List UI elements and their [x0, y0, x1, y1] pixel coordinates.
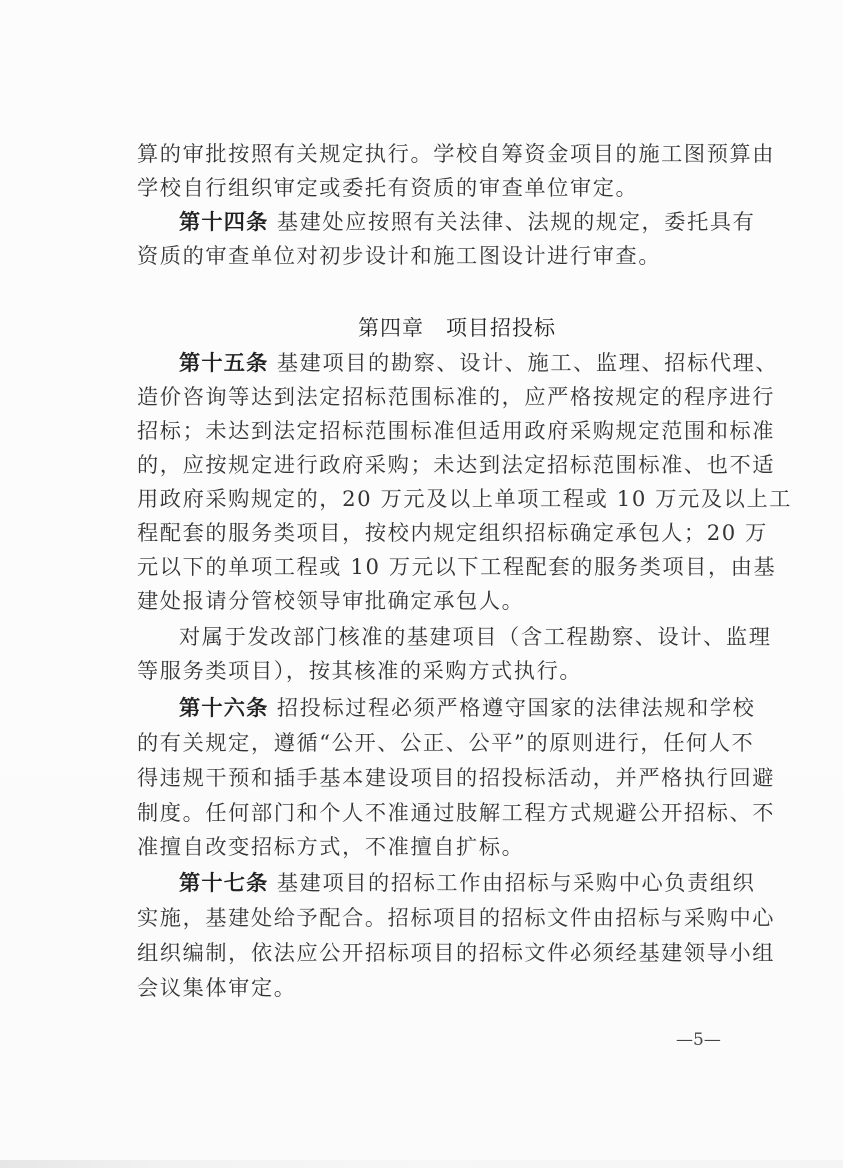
text-line: 用政府采购规定的，20 万元及以上单项工程或 10 万元及以上工 [137, 482, 792, 516]
article-number: 第十五条 [179, 350, 269, 375]
line-text: 会议集体审定。 [137, 975, 297, 1000]
text-line: 组织编制，依法应公开招标项目的招标文件必须经基建领导小组 [137, 936, 775, 970]
text-line: 制度。任何部门和个人不准通过肢解工程方式规避公开招标、不 [137, 796, 775, 830]
article-15-line: 第十五条 基建项目的勘察、设计、施工、监理、招标代理、 [179, 346, 778, 380]
line-text: 用政府采购规定的，20 万元及以上单项工程或 10 万元及以上工 [137, 486, 792, 511]
text-line: 造价咨询等达到法定招标范围标准的，应严格按规定的程序进行 [137, 380, 775, 414]
line-text: 的有关规定，遵循“公开、公正、公平”的原则进行，任何人不 [137, 730, 754, 755]
line-text: 等服务类项目），按其核准的采购方式执行。 [137, 658, 582, 683]
line-text: 对属于发改部门核准的基建项目（含工程勘察、设计、监理 [179, 624, 771, 649]
chapter-heading: 第四章项目招投标 [137, 312, 777, 346]
article-17-line: 第十七条 基建项目的招标工作由招标与采购中心负责组织 [179, 866, 755, 900]
line-text: 招标；未达到法定招标范围标准但适用政府采购规定范围和标准 [137, 418, 775, 443]
chapter-title: 项目招投标 [446, 316, 556, 340]
text-line: 资质的审查单位对初步设计和施工图设计进行审查。 [137, 239, 661, 273]
line-text: 学校自行组织审定或委托有资质的审查单位审定。 [137, 175, 638, 200]
line-text: 的，应按规定进行政府采购；未达到法定招标范围标准、也不适 [137, 452, 775, 477]
article-number: 第十六条 [179, 695, 269, 720]
text-line: 的，应按规定进行政府采购；未达到法定招标范围标准、也不适 [137, 448, 775, 482]
article-16-line: 第十六条 招投标过程必须严格遵守国家的法律法规和学校 [179, 691, 755, 725]
line-text: 建处报请分管校领导审批确定承包人。 [137, 588, 524, 613]
line-text: 基建项目的招标工作由招标与采购中心负责组织 [269, 870, 756, 895]
line-text: 程配套的服务类项目，按校内规定组织招标确定承包人；20 万 [137, 520, 768, 545]
text-line: 程配套的服务类项目，按校内规定组织招标确定承包人；20 万 [137, 516, 768, 550]
text-line: 招标；未达到法定招标范围标准但适用政府采购规定范围和标准 [137, 414, 775, 448]
page-number: —5— [676, 1030, 721, 1050]
line-text: 造价咨询等达到法定招标范围标准的，应严格按规定的程序进行 [137, 384, 775, 409]
line-text: 资质的审查单位对初步设计和施工图设计进行审查。 [137, 243, 661, 268]
chapter-number: 第四章 [358, 316, 424, 340]
line-text: 基建处应按照有关法律、法规的规定，委托具有 [269, 209, 756, 234]
line-text: 基建项目的勘察、设计、施工、监理、招标代理、 [269, 350, 779, 375]
document-page: 算的审批按照有关规定执行。学校自筹资金项目的施工图预算由 学校自行组织审定或委托… [0, 0, 843, 1168]
line-text: 准擅自改变招标方式，不准擅自扩标。 [137, 834, 524, 859]
text-line: 会议集体审定。 [137, 971, 297, 1005]
line-text: 实施，基建处给予配合。招标项目的招标文件由招标与采购中心 [137, 905, 775, 930]
scan-bottom-edge [0, 1160, 843, 1168]
text-line: 对属于发改部门核准的基建项目（含工程勘察、设计、监理 [179, 620, 771, 654]
line-text: 组织编制，依法应公开招标项目的招标文件必须经基建领导小组 [137, 940, 775, 965]
text-line: 等服务类项目），按其核准的采购方式执行。 [137, 654, 582, 688]
text-line: 的有关规定，遵循“公开、公正、公平”的原则进行，任何人不 [137, 726, 754, 760]
text-line: 算的审批按照有关规定执行。学校自筹资金项目的施工图预算由 [137, 137, 775, 171]
text-line: 准擅自改变招标方式，不准擅自扩标。 [137, 830, 524, 864]
line-text: 算的审批按照有关规定执行。学校自筹资金项目的施工图预算由 [137, 141, 775, 166]
article-number: 第十四条 [179, 209, 269, 234]
text-line: 元以下的单项工程或 10 万元以下工程配套的服务类项目，由基 [137, 550, 776, 584]
line-text: 元以下的单项工程或 10 万元以下工程配套的服务类项目，由基 [137, 554, 776, 579]
text-line: 建处报请分管校领导审批确定承包人。 [137, 584, 524, 618]
line-text: 招投标过程必须严格遵守国家的法律法规和学校 [269, 695, 756, 720]
article-14-line: 第十四条 基建处应按照有关法律、法规的规定，委托具有 [179, 205, 755, 239]
line-text: 制度。任何部门和个人不准通过肢解工程方式规避公开招标、不 [137, 800, 775, 825]
article-number: 第十七条 [179, 870, 269, 895]
text-line: 实施，基建处给予配合。招标项目的招标文件由招标与采购中心 [137, 901, 775, 935]
text-line: 得违规干预和插手基本建设项目的招投标活动，并严格执行回避 [137, 761, 775, 795]
text-line: 学校自行组织审定或委托有资质的审查单位审定。 [137, 171, 638, 205]
line-text: 得违规干预和插手基本建设项目的招投标活动，并严格执行回避 [137, 765, 775, 790]
